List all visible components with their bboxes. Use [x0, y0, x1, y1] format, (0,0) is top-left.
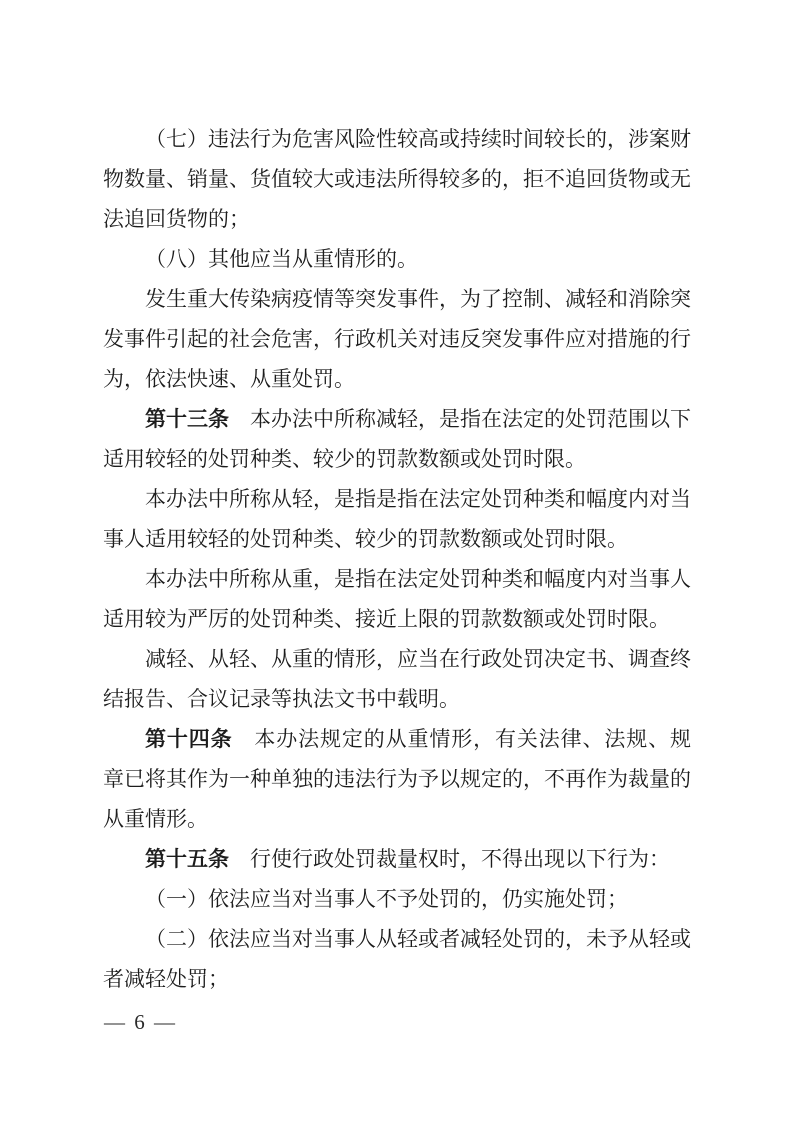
text-line: 结报告、合议记录等执法文书中载明。	[103, 679, 691, 719]
line-text: （一）依法应当对当事人不予处罚的，仍实施处罚；	[145, 887, 628, 911]
page-footer: — 6 —	[104, 1006, 177, 1038]
line-text: 法追回货物的；	[103, 207, 250, 231]
line-text: （七）违法行为危害风险性较高或持续时间较长的，涉案财	[145, 127, 691, 151]
line-text: 适用较轻的处罚种类、较少的罚款数额或处罚时限。	[103, 447, 586, 471]
line-text: 结报告、合议记录等执法文书中载明。	[103, 687, 460, 711]
text-line: 事人适用较轻的处罚种类、较少的罚款数额或处罚时限。	[103, 519, 691, 559]
line-text: 物数量、销量、货值较大或违法所得较多的，拒不追回货物或无	[103, 167, 691, 191]
text-line: 本办法中所称从轻，是指是指在法定处罚种类和幅度内对当	[103, 479, 691, 519]
line-text: 者减轻处罚；	[103, 967, 229, 991]
article-number: 第十五条	[145, 847, 229, 871]
text-line: 减轻、从轻、从重的情形，应当在行政处罚决定书、调查终	[103, 639, 691, 679]
article-number: 第十四条	[145, 727, 233, 751]
text-line: （一）依法应当对当事人不予处罚的，仍实施处罚；	[103, 879, 691, 919]
text-line: 第十五条 行使行政处罚裁量权时，不得出现以下行为：	[103, 839, 691, 879]
line-text: 发事件引起的社会危害，行政机关对违反突发事件应对措施的行	[103, 327, 691, 351]
text-line: 为，依法快速、从重处罚。	[103, 359, 691, 399]
text-line: 物数量、销量、货值较大或违法所得较多的，拒不追回货物或无	[103, 159, 691, 199]
page-number: — 6 —	[104, 1010, 177, 1034]
document-page: （七）违法行为危害风险性较高或持续时间较长的，涉案财物数量、销量、货值较大或违法…	[0, 0, 793, 1122]
text-line: 适用较为严厉的处罚种类、接近上限的罚款数额或处罚时限。	[103, 599, 691, 639]
text-line: 发生重大传染病疫情等突发事件，为了控制、减轻和消除突	[103, 279, 691, 319]
line-text: 行使行政处罚裁量权时，不得出现以下行为：	[229, 847, 670, 871]
text-line: 章已将其作为一种单独的违法行为予以规定的，不再作为裁量的	[103, 759, 691, 799]
line-text: 本办法规定的从重情形，有关法律、法规、规	[233, 727, 692, 751]
text-line: （七）违法行为危害风险性较高或持续时间较长的，涉案财	[103, 119, 691, 159]
text-line: 第十三条 本办法中所称减轻，是指在法定的处罚范围以下	[103, 399, 691, 439]
text-line: 本办法中所称从重，是指在法定处罚种类和幅度内对当事人	[103, 559, 691, 599]
line-text: 本办法中所称从轻，是指是指在法定处罚种类和幅度内对当	[145, 487, 691, 511]
text-line: 发事件引起的社会危害，行政机关对违反突发事件应对措施的行	[103, 319, 691, 359]
line-text: （二）依法应当对当事人从轻或者减轻处罚的，未予从轻或	[145, 927, 691, 951]
text-line: 第十四条 本办法规定的从重情形，有关法律、法规、规	[103, 719, 691, 759]
text-line: 适用较轻的处罚种类、较少的罚款数额或处罚时限。	[103, 439, 691, 479]
line-text: 章已将其作为一种单独的违法行为予以规定的，不再作为裁量的	[103, 767, 691, 791]
text-line: （八）其他应当从重情形的。	[103, 239, 691, 279]
article-number: 第十三条	[145, 407, 229, 431]
text-line: 从重情形。	[103, 799, 691, 839]
line-text: 为，依法快速、从重处罚。	[103, 367, 355, 391]
text-line: 法追回货物的；	[103, 199, 691, 239]
line-text: 减轻、从轻、从重的情形，应当在行政处罚决定书、调查终	[145, 647, 691, 671]
text-line: （二）依法应当对当事人从轻或者减轻处罚的，未予从轻或	[103, 919, 691, 959]
line-text: 本办法中所称减轻，是指在法定的处罚范围以下	[229, 407, 691, 431]
line-text: 从重情形。	[103, 807, 208, 831]
line-text: 适用较为严厉的处罚种类、接近上限的罚款数额或处罚时限。	[103, 607, 670, 631]
line-text: 本办法中所称从重，是指在法定处罚种类和幅度内对当事人	[145, 567, 691, 591]
document-body: （七）违法行为危害风险性较高或持续时间较长的，涉案财物数量、销量、货值较大或违法…	[103, 119, 691, 999]
line-text: （八）其他应当从重情形的。	[145, 247, 418, 271]
line-text: 事人适用较轻的处罚种类、较少的罚款数额或处罚时限。	[103, 527, 628, 551]
text-line: 者减轻处罚；	[103, 959, 691, 999]
line-text: 发生重大传染病疫情等突发事件，为了控制、减轻和消除突	[145, 287, 691, 311]
